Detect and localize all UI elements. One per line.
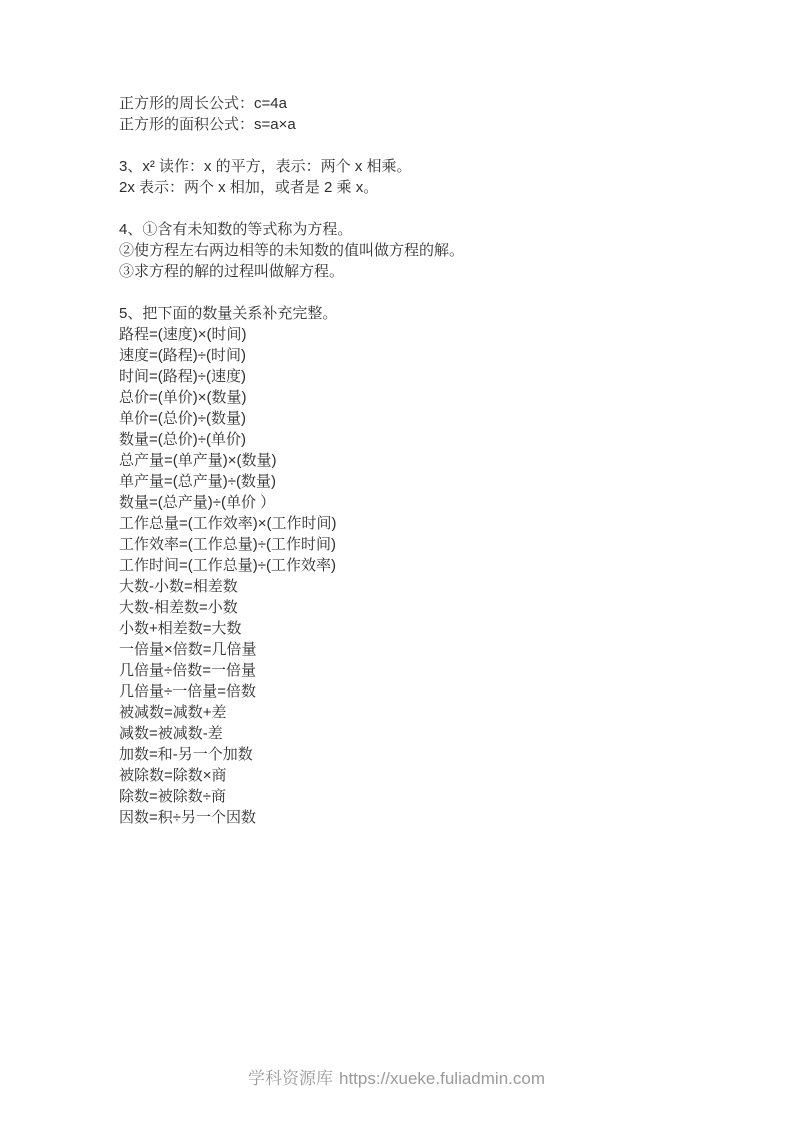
page-footer: 学科资源库https://xueke.fuliadmin.com xyxy=(0,1067,793,1091)
text-line-formula-distance: 路程=(速度)×(时间) xyxy=(119,324,753,345)
text-line-formula-speed: 速度=(路程)÷(时间) xyxy=(119,345,753,366)
text-line-perimeter-formula: 正方形的周长公式：c=4a xyxy=(119,93,753,114)
footer-url: https://xueke.fuliadmin.com xyxy=(339,1069,545,1088)
text-line-formula-subtrahend: 减数=被减数-差 xyxy=(119,723,753,744)
blank-line xyxy=(119,198,753,219)
text-line-formula-unit-price: 单价=(总价)÷(数量) xyxy=(119,408,753,429)
text-line-item3-2x: 2x 表示：两个 x 相加，或者是 2 乘 x。 xyxy=(119,177,753,198)
text-line-formula-work-rate: 工作效率=(工作总量)÷(工作时间) xyxy=(119,534,753,555)
text-line-formula-difference1: 大数-小数=相差数 xyxy=(119,576,753,597)
text-line-item4-def1: 4、①含有未知数的等式称为方程。 xyxy=(119,219,753,240)
text-line-area-formula: 正方形的面积公式：s=a×a xyxy=(119,114,753,135)
text-line-formula-multiple1: 一倍量×倍数=几倍量 xyxy=(119,639,753,660)
text-line-formula-multiple2: 几倍量÷倍数=一倍量 xyxy=(119,660,753,681)
text-line-formula-total-output: 总产量=(单产量)×(数量) xyxy=(119,450,753,471)
text-line-formula-addend: 加数=和-另一个加数 xyxy=(119,744,753,765)
text-line-item3-squared: 3、x² 读作：x 的平方，表示：两个 x 相乘。 xyxy=(119,156,753,177)
text-line-formula-time: 时间=(路程)÷(速度) xyxy=(119,366,753,387)
text-line-formula-total-price: 总价=(单价)×(数量) xyxy=(119,387,753,408)
text-line-formula-quantity: 数量=(总价)÷(单价) xyxy=(119,429,753,450)
text-line-formula-minuend: 被减数=减数+差 xyxy=(119,702,753,723)
text-line-formula-quantity2: 数量=(总产量)÷(单价 ） xyxy=(119,492,753,513)
document-body: 正方形的周长公式：c=4a 正方形的面积公式：s=a×a 3、x² 读作：x 的… xyxy=(119,93,753,828)
text-line-formula-difference3: 小数+相差数=大数 xyxy=(119,618,753,639)
blank-line xyxy=(119,282,753,303)
text-line-formula-dividend: 被除数=除数×商 xyxy=(119,765,753,786)
text-line-formula-factor: 因数=积÷另一个因数 xyxy=(119,807,753,828)
text-line-item4-def2: ②使方程左右两边相等的未知数的值叫做方程的解。 xyxy=(119,240,753,261)
blank-line xyxy=(119,135,753,156)
document-page: 正方形的周长公式：c=4a 正方形的面积公式：s=a×a 3、x² 读作：x 的… xyxy=(0,0,793,1122)
text-line-formula-work-time: 工作时间=(工作总量)÷(工作效率) xyxy=(119,555,753,576)
text-line-formula-divisor: 除数=被除数÷商 xyxy=(119,786,753,807)
text-line-formula-unit-output: 单产量=(总产量)÷(数量) xyxy=(119,471,753,492)
text-line-item4-def3: ③求方程的解的过程叫做解方程。 xyxy=(119,261,753,282)
text-line-item5-heading: 5、把下面的数量关系补充完整。 xyxy=(119,303,753,324)
text-line-formula-difference2: 大数-相差数=小数 xyxy=(119,597,753,618)
text-line-formula-multiple3: 几倍量÷一倍量=倍数 xyxy=(119,681,753,702)
footer-site-name: 学科资源库 xyxy=(248,1069,333,1088)
text-line-formula-total-work: 工作总量=(工作效率)×(工作时间) xyxy=(119,513,753,534)
